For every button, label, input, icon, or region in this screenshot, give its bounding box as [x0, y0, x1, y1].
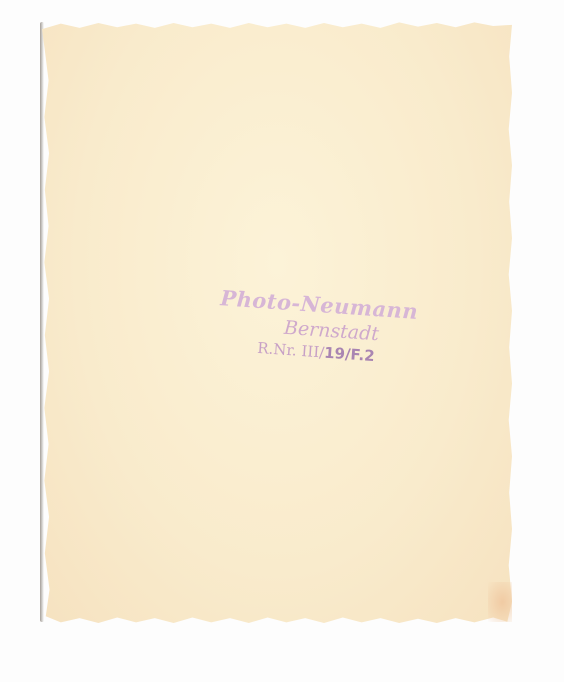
- photographer-stamp: Photo-Neumann Bernstadt R.Nr. III/19/F.2: [192, 284, 440, 420]
- paper-edge-shadow: [40, 22, 44, 622]
- stamp-registration-number: 19/F.2: [324, 344, 376, 365]
- corner-stain: [488, 582, 512, 622]
- stamp-registration-prefix: R.Nr. III/: [257, 339, 325, 362]
